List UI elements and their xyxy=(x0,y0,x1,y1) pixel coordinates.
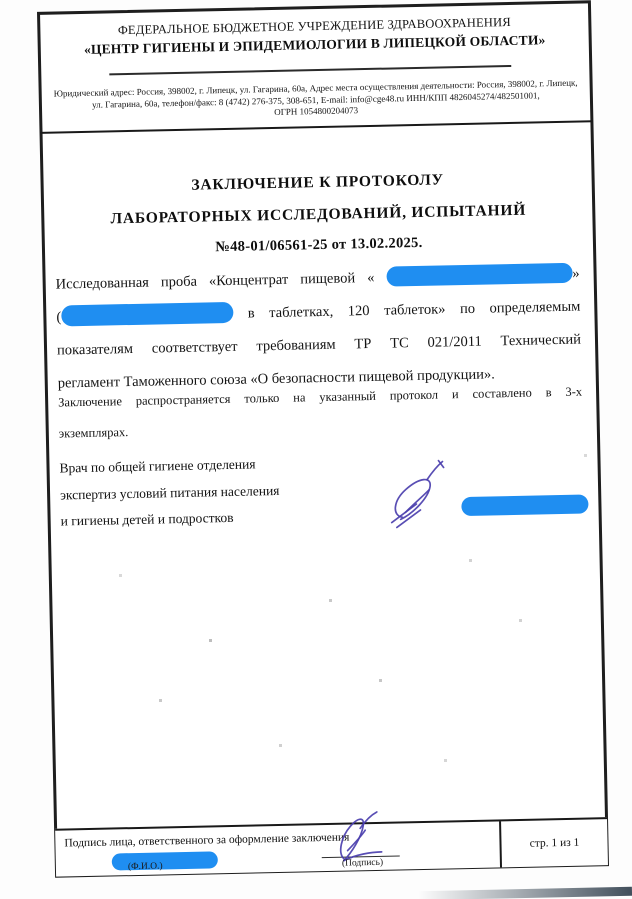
signatory-position: Врач по общей гигиене отделения эксперти… xyxy=(59,451,280,535)
org-header: ФЕДЕРАЛЬНОЕ БЮДЖЕТНОЕ УЧРЕЖДЕНИЕ ЗДРАВОО… xyxy=(40,13,589,58)
doctor-signature-ink xyxy=(382,459,462,541)
header-bottom-divider xyxy=(41,120,593,134)
header-divider xyxy=(109,65,511,75)
signatory-position-line1: Врач по общей гигиене отделения xyxy=(59,451,279,482)
scan-noise xyxy=(0,0,1,1)
title-line1: ЗАКЛЮЧЕНИЕ К ПРОТОКОЛУ xyxy=(44,168,592,197)
footer-table: Подпись лица, ответственного за оформлен… xyxy=(55,817,608,877)
note-text: Заключение распространяется только на ук… xyxy=(58,377,583,450)
footer-caption: Подпись лица, ответственного за оформлен… xyxy=(55,821,499,849)
footer-signature-cell: Подпись лица, ответственного за оформлен… xyxy=(55,821,500,876)
redaction-product-name xyxy=(386,263,572,287)
page-number-cell: стр. 1 из 1 xyxy=(499,819,608,867)
signatory-position-line2: экспертиз условий питания населения xyxy=(60,477,280,508)
fio-label: (Ф.И.О.) xyxy=(128,861,163,872)
org-address: Юридический адрес: Россия, 398002, г. Ли… xyxy=(48,77,585,123)
page-number: стр. 1 из 1 xyxy=(530,837,580,850)
signatory-position-line3: и гигиены детей и подростков xyxy=(60,504,280,535)
redaction-brand-name xyxy=(61,302,233,327)
title-number-date: №48-01/06561-25 от 13.02.2025. xyxy=(45,231,593,259)
document-title: ЗАКЛЮЧЕНИЕ К ПРОТОКОЛУ ЛАБОРАТОРНЫХ ИССЛ… xyxy=(44,168,594,259)
title-line2: ЛАБОРАТОРНЫХ ИССЛЕДОВАНИЙ, ИСПЫТАНИЙ xyxy=(44,200,592,229)
scanner-edge-artifact xyxy=(418,887,632,899)
document-page-frame: ФЕДЕРАЛЬНОЕ БЮДЖЕТНОЕ УЧРЕЖДЕНИЕ ЗДРАВОО… xyxy=(37,0,609,877)
podpis-label: (Подпись) xyxy=(342,858,383,869)
redaction-signatory-name xyxy=(461,494,588,516)
